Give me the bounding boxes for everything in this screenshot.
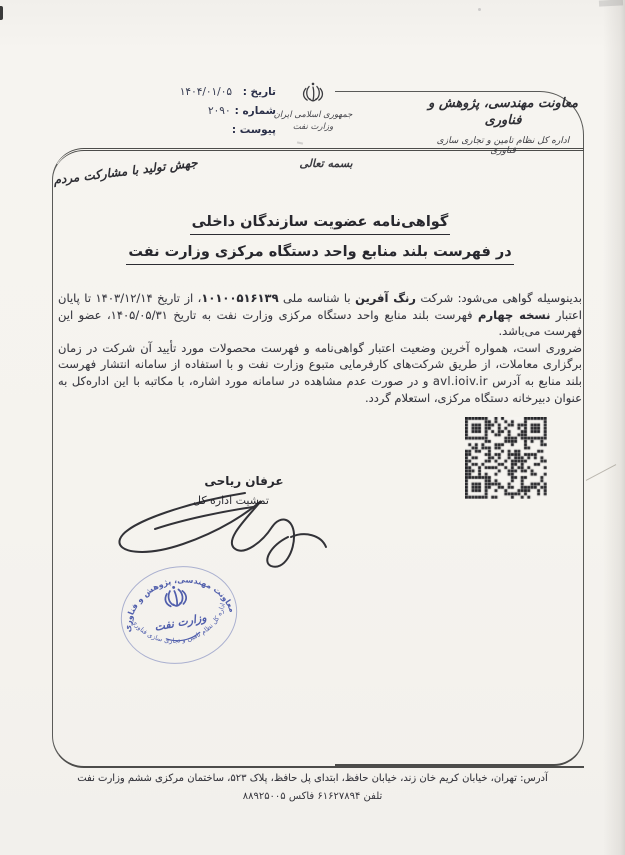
title-line-2: در فهرست بلند منابع واحد دستگاه مرکزی وز… <box>126 244 513 265</box>
attachment-label: پیوست : <box>232 121 276 140</box>
scan-artifact-left-nub <box>0 6 3 20</box>
emblem-country-text: جمهوری اسلامی ایران <box>271 110 355 120</box>
company-name: رنگ آفرین <box>355 291 416 305</box>
department-office: اداره کل نظام تامین و تجاری سازی فناوری <box>426 136 580 156</box>
footer-phone-fax: تلفن ۶۱۶۲۷۸۹۴ فاکس ۸۸۹۲۵۰۰۵ <box>60 791 565 802</box>
scan-speck <box>478 8 481 11</box>
start-date: ۱۴۰۳/۱۲/۱۴ <box>95 291 152 305</box>
body-after-company: با شناسه ملی <box>279 291 356 305</box>
letter-meta-block: تاریخ : ۱۴۰۴/۰۱/۰۵ شماره : ۲۰۹۰ پیوست : <box>158 83 276 140</box>
expiry-date: ۱۴۰۵/۰۵/۳۱ <box>111 308 168 322</box>
meta-attachment-row: پیوست : <box>158 121 276 140</box>
number-value: ۲۰۹۰ <box>208 102 231 121</box>
scanned-letter-page: تاریخ : ۱۴۰۴/۰۱/۰۵ شماره : ۲۰۹۰ پیوست : … <box>0 0 625 855</box>
body-after-edition: فهرست بلند منابع واحد دستگاه مرکزی وزارت… <box>168 308 478 322</box>
scan-artifact-top-right <box>599 0 623 7</box>
body-paragraph-1: بدینوسیله گواهی می‌شود: شرکت رنگ آفرین ب… <box>58 290 582 340</box>
meta-date-row: تاریخ : ۱۴۰۴/۰۱/۰۵ <box>158 83 276 102</box>
scan-speck <box>297 141 303 144</box>
date-value: ۱۴۰۴/۰۱/۰۵ <box>180 83 232 102</box>
qr-code <box>465 417 547 499</box>
avl-system-url: avl.ioiv.ir <box>433 374 488 388</box>
body-paragraph-2: ضروری است، همواره آخرین وضعیت اعتبار گوا… <box>58 340 582 406</box>
emblem-ministry-text: وزارت نفت <box>271 122 355 132</box>
department-name: معاونت مهندسی، پژوهش و فناوری <box>426 95 580 129</box>
body-after-id: ، از تاریخ <box>153 291 202 305</box>
list-edition: نسخه چهارم <box>478 308 550 322</box>
certificate-body: بدینوسیله گواهی می‌شود: شرکت رنگ آفرین ب… <box>58 290 582 406</box>
certificate-title: گواهی‌نامه عضویت سازندگان داخلی در فهرست… <box>110 211 530 271</box>
title-line-1: گواهی‌نامه عضویت سازندگان داخلی <box>190 214 451 235</box>
besmellah-text: بسمه تعالی <box>283 157 369 170</box>
body-intro: بدینوسیله گواهی می‌شود: شرکت <box>416 291 582 305</box>
date-label: تاریخ : <box>236 83 276 102</box>
department-block: معاونت مهندسی، پژوهش و فناوری اداره کل ن… <box>426 95 580 156</box>
scan-artifact-scratch <box>586 464 616 481</box>
national-id: ۱۰۱۰۰۵۱۶۱۳۹ <box>201 291 278 305</box>
number-label: شماره : <box>235 102 276 121</box>
iran-emblem-icon <box>300 78 326 108</box>
footer-address: آدرس: تهران، خیابان کریم خان زند، خیابان… <box>60 773 565 784</box>
national-emblem-block: جمهوری اسلامی ایران وزارت نفت <box>271 78 355 132</box>
meta-number-row: شماره : ۲۰۹۰ <box>158 102 276 121</box>
